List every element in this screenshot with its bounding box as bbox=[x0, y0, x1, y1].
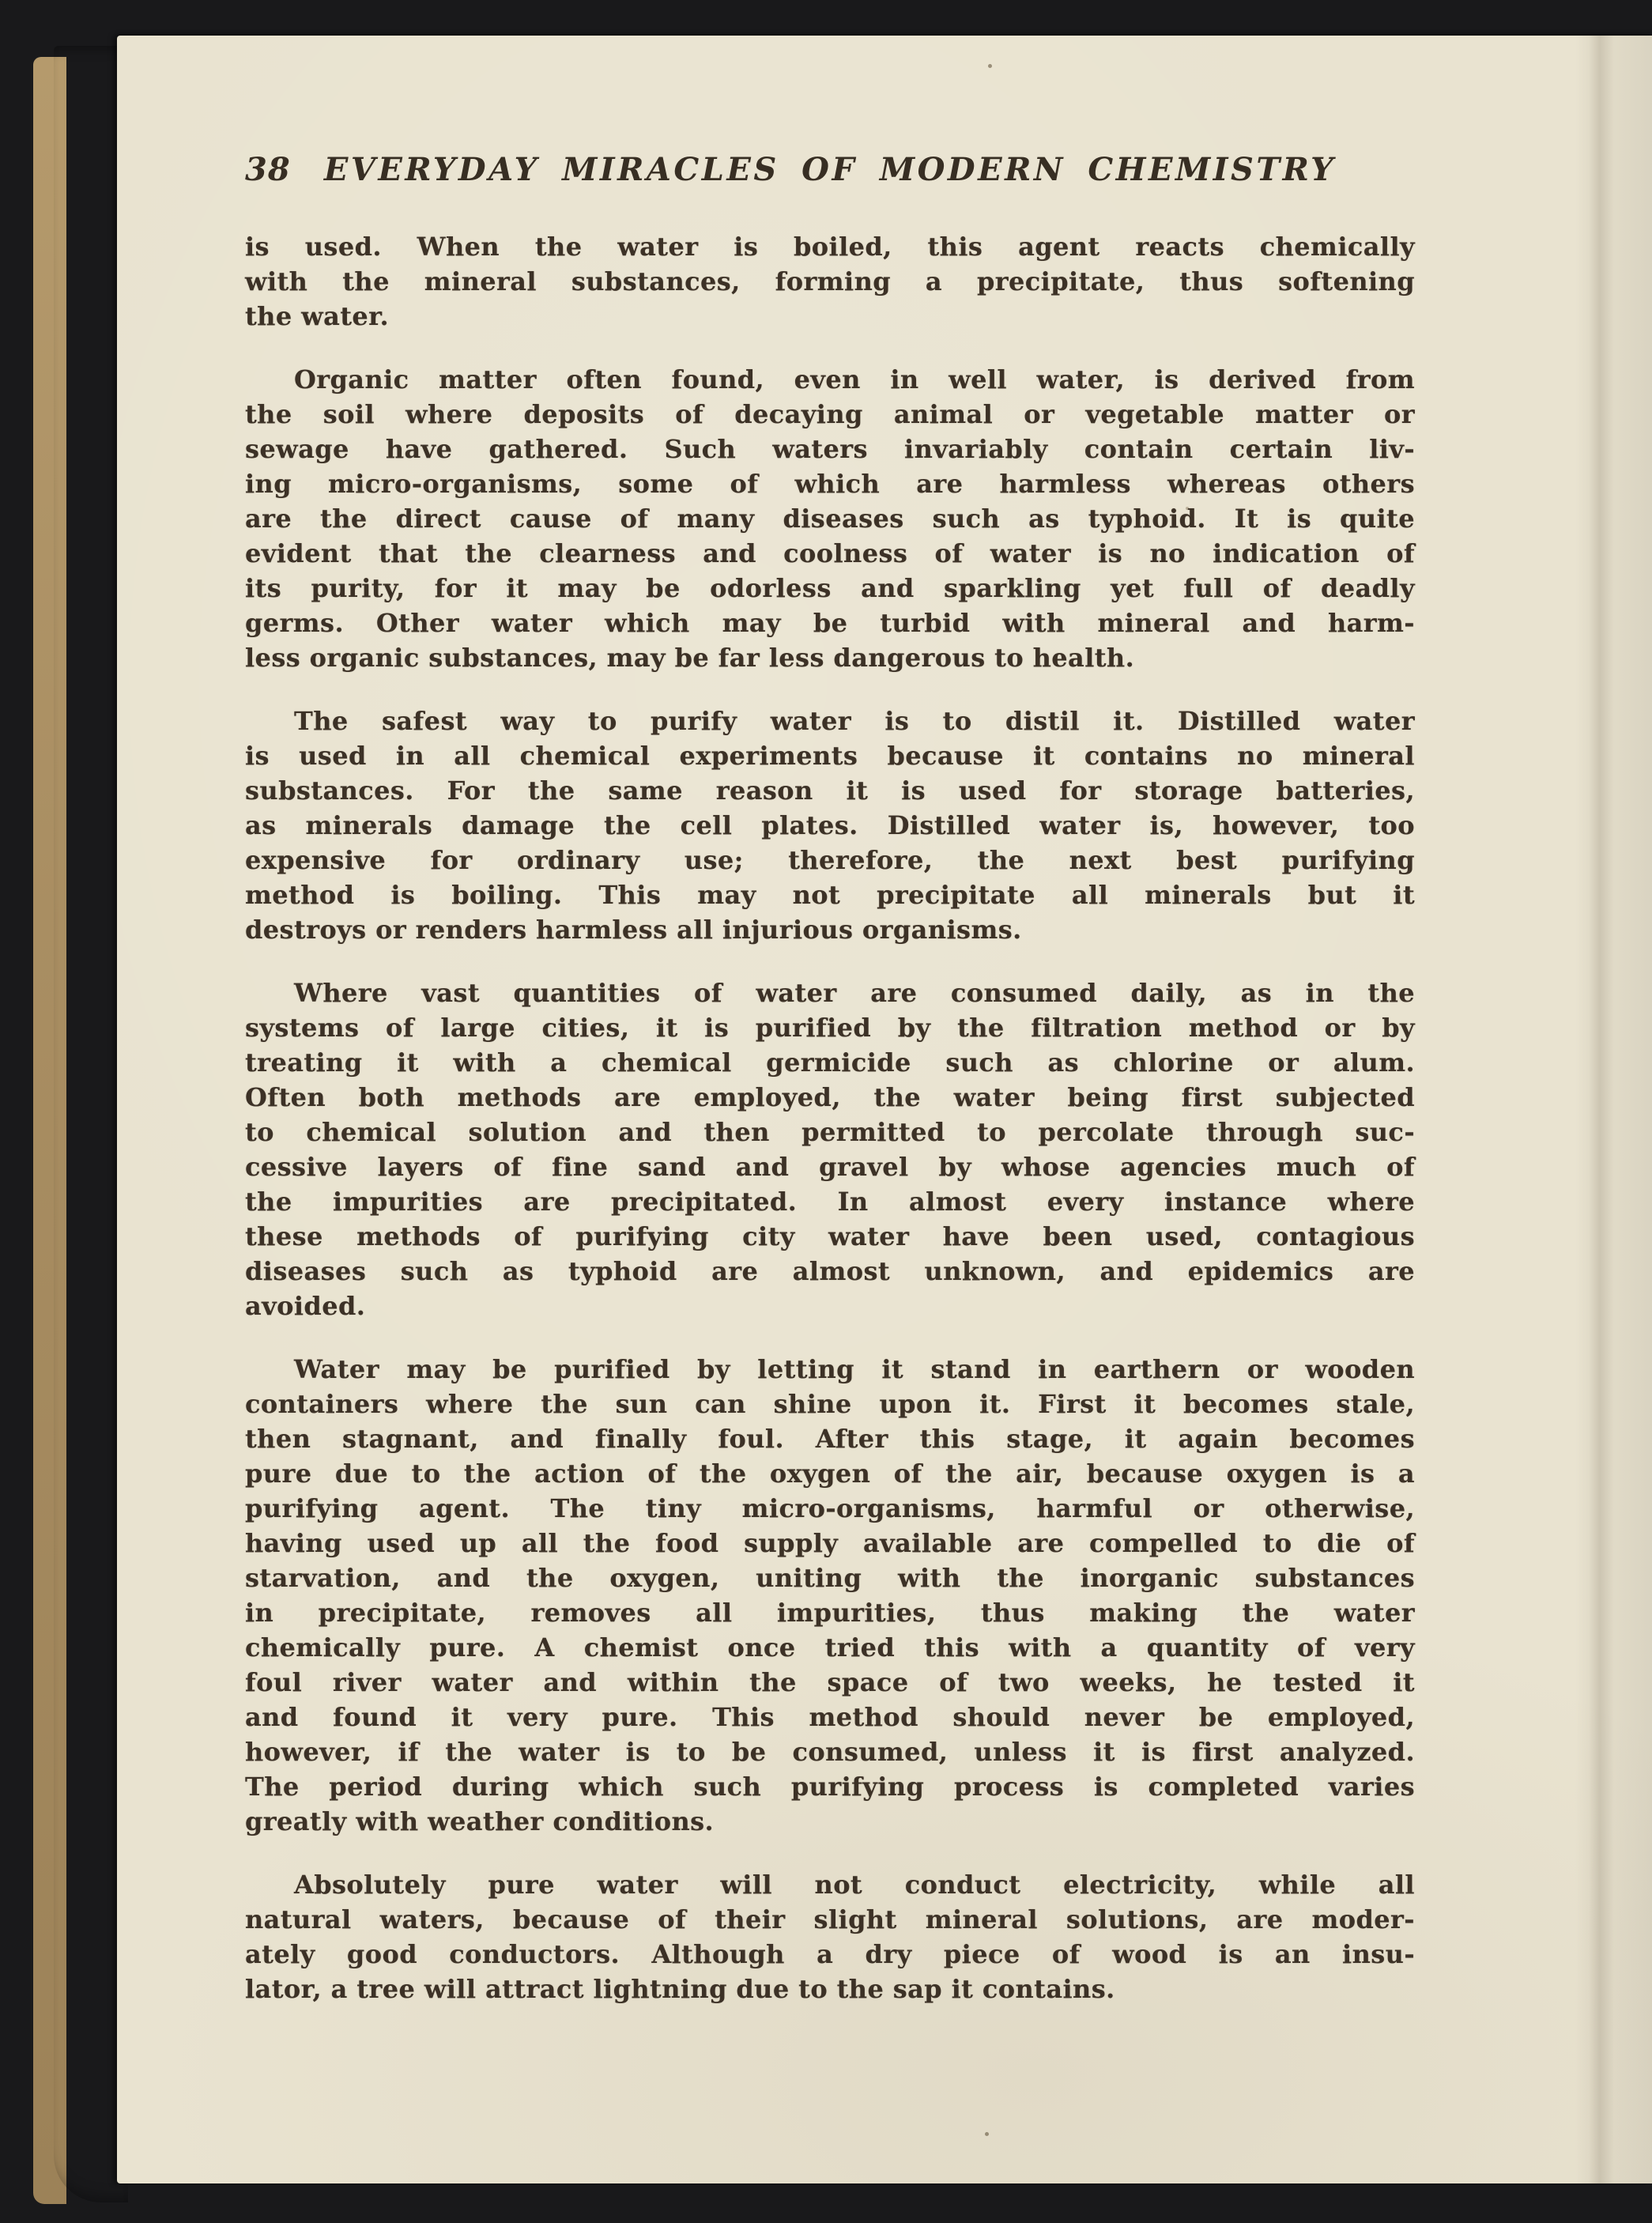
text-line: greatly with weather conditions. bbox=[245, 1804, 1415, 1839]
text-line: treating it with a chemical germicide su… bbox=[245, 1045, 1415, 1080]
text-line: starvation, and the oxygen, uniting with… bbox=[245, 1561, 1415, 1595]
paper-speck bbox=[985, 2132, 989, 2136]
text-line: ing micro-organisms, some of which are h… bbox=[245, 466, 1415, 501]
text-line: the water. bbox=[245, 299, 1415, 334]
text-line: containers where the sun can shine upon … bbox=[245, 1387, 1415, 1421]
text-line: is used in all chemical experiments beca… bbox=[245, 738, 1415, 773]
text-line: sewage have gathered. Such waters invari… bbox=[245, 432, 1415, 466]
page-number: 38 bbox=[245, 150, 291, 190]
paragraph: Water may be purified by letting it stan… bbox=[245, 1352, 1415, 1839]
paragraph: The safest way to purify water is to dis… bbox=[245, 704, 1415, 947]
text-line: avoided. bbox=[245, 1289, 1415, 1323]
text-line: and found it very pure. This method shou… bbox=[245, 1700, 1415, 1734]
text-line: germs. Other water which may be turbid w… bbox=[245, 606, 1415, 640]
text-line: Absolutely pure water will not conduct e… bbox=[245, 1867, 1415, 1902]
text-line: with the mineral substances, forming a p… bbox=[245, 264, 1415, 299]
text-line: destroys or renders harmless all injurio… bbox=[245, 912, 1415, 947]
text-line: pure due to the action of the oxygen of … bbox=[245, 1456, 1415, 1491]
text-line: its purity, for it may be odorless and s… bbox=[245, 571, 1415, 606]
text-line: chemically pure. A chemist once tried th… bbox=[245, 1630, 1415, 1665]
running-header: 38 EVERYDAY MIRACLES OF MODERN CHEMISTRY bbox=[245, 150, 1415, 193]
text-line: the soil where deposits of decaying anim… bbox=[245, 397, 1415, 432]
text-line: in precipitate, removes all impurities, … bbox=[245, 1595, 1415, 1630]
text-line: expensive for ordinary use; therefore, t… bbox=[245, 843, 1415, 877]
text-line: natural waters, because of their slight … bbox=[245, 1902, 1415, 1937]
text-line: Where vast quantities of water are consu… bbox=[245, 976, 1415, 1010]
page-body: is used. When the water is boiled, this … bbox=[245, 229, 1415, 2006]
text-line: then stagnant, and finally foul. After t… bbox=[245, 1421, 1415, 1456]
scanned-book-photo: 38 EVERYDAY MIRACLES OF MODERN CHEMISTRY… bbox=[0, 0, 1652, 2223]
text-line: to chemical solution and then permitted … bbox=[245, 1115, 1415, 1149]
text-line: is used. When the water is boiled, this … bbox=[245, 229, 1415, 264]
text-line: The safest way to purify water is to dis… bbox=[245, 704, 1415, 738]
text-line: ately good conductors. Although a dry pi… bbox=[245, 1937, 1415, 1972]
text-line: purifying agent. The tiny micro-organism… bbox=[245, 1491, 1415, 1526]
text-line: as minerals damage the cell plates. Dist… bbox=[245, 808, 1415, 843]
paragraph: Absolutely pure water will not conduct e… bbox=[245, 1867, 1415, 2006]
text-line: method is boiling. This may not precipit… bbox=[245, 877, 1415, 912]
text-line: evident that the clearness and coolness … bbox=[245, 536, 1415, 571]
text-line: lator, a tree will attract lightning due… bbox=[245, 1972, 1415, 2006]
running-title: EVERYDAY MIRACLES OF MODERN CHEMISTRY bbox=[245, 150, 1415, 190]
paragraph: Organic matter often found, even in well… bbox=[245, 362, 1415, 675]
text-line: substances. For the same reason it is us… bbox=[245, 773, 1415, 808]
paper-speck bbox=[988, 64, 992, 68]
text-line: are the direct cause of many diseases su… bbox=[245, 501, 1415, 536]
text-line: less organic substances, may be far less… bbox=[245, 640, 1415, 675]
text-line: Water may be purified by letting it stan… bbox=[245, 1352, 1415, 1387]
text-line: however, if the water is to be consumed,… bbox=[245, 1734, 1415, 1769]
text-line: having used up all the food supply avail… bbox=[245, 1526, 1415, 1561]
paragraph: Where vast quantities of water are consu… bbox=[245, 976, 1415, 1323]
text-line: cessive layers of fine sand and gravel b… bbox=[245, 1149, 1415, 1184]
paragraph: is used. When the water is boiled, this … bbox=[245, 229, 1415, 334]
text-line: systems of large cities, it is purified … bbox=[245, 1010, 1415, 1045]
text-line: these methods of purifying city water ha… bbox=[245, 1219, 1415, 1254]
page-content: 38 EVERYDAY MIRACLES OF MODERN CHEMISTRY… bbox=[245, 150, 1415, 2006]
text-line: diseases such as typhoid are almost unkn… bbox=[245, 1254, 1415, 1289]
text-line: Organic matter often found, even in well… bbox=[245, 362, 1415, 397]
text-line: Often both methods are employed, the wat… bbox=[245, 1080, 1415, 1115]
text-line: foul river water and within the space of… bbox=[245, 1665, 1415, 1700]
book-page: 38 EVERYDAY MIRACLES OF MODERN CHEMISTRY… bbox=[117, 36, 1652, 2183]
text-line: The period during which such purifying p… bbox=[245, 1769, 1415, 1804]
text-line: the impurities are precipitated. In almo… bbox=[245, 1184, 1415, 1219]
